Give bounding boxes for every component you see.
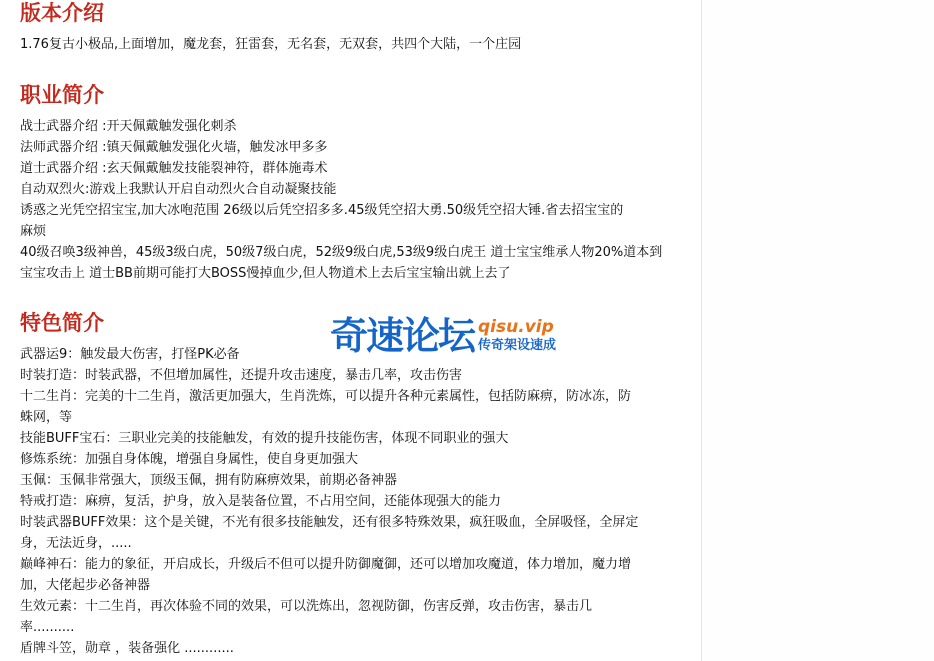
section-title-features: 特色简介 — [20, 310, 104, 336]
profession-line: 麻烦 — [20, 222, 690, 242]
version-line: 1.76复古小极品,上面增加，魔龙套，狂雷套，无名套，无双套，共四个大陆，一个庄… — [20, 35, 690, 55]
section-title-version: 版本介绍 — [20, 0, 104, 26]
feature-line: 特戒打造：麻痹，复活，护身，放入是装备位置，不占用空间，还能体现强大的能力 — [20, 492, 690, 512]
feature-line: 率.......... — [20, 618, 690, 638]
profession-line: 40级召唤3级神兽，45级3级白虎，50级7级白虎，52级9级白虎,53级9级白… — [20, 243, 690, 263]
watermark-slogan: 传奇架设速成 — [478, 337, 556, 355]
article-content: 版本介绍 1.76复古小极品,上面增加，魔龙套，狂雷套，无名套，无双套，共四个大… — [0, 0, 700, 661]
feature-line: 巅峰神石：能力的象征，开启成长，升级后不但可以提升防御魔御，还可以增加攻魔道，体… — [20, 555, 690, 575]
feature-line: 生效元素：十二生肖，再次体验不同的效果，可以洗炼出，忽视防御，伤害反弹，攻击伤害… — [20, 597, 690, 617]
profession-line: 自动双烈火:游戏上我默认开启自动烈火合自动凝聚技能 — [20, 180, 690, 200]
right-blank-pane — [702, 0, 934, 661]
feature-line: 修炼系统：加强自身体魄，增强自身属性，使自身更加强大 — [20, 450, 690, 470]
watermark-main-text: 奇速论坛 — [330, 314, 474, 358]
watermark-side: qisu.vip 传奇架设速成 — [478, 317, 556, 355]
feature-line: 身，无法近身，..... — [20, 534, 690, 554]
feature-line: 技能BUFF宝石：三职业完美的技能触发，有效的提升技能伤害，体现不同职业的强大 — [20, 429, 690, 449]
profession-line: 法师武器介绍 :镇天佩戴触发强化火墙，触发冰甲多多 — [20, 138, 690, 158]
watermark-logo: 奇速论坛 qisu.vip 传奇架设速成 — [330, 311, 610, 361]
watermark-url: qisu.vip — [478, 317, 556, 337]
profession-line: 宝宝攻击上 道士BB前期可能打大BOSS慢掉血少,但人物道术上去后宝宝输出就上去… — [20, 264, 690, 284]
profession-line: 战士武器介绍 :开天佩戴触发强化刺杀 — [20, 117, 690, 137]
profession-line: 诱惑之光凭空招宝宝,加大冰咆范围 26级以后凭空招多多.45级凭空招大勇.50级… — [20, 201, 690, 221]
feature-line: 蛛网，等 — [20, 408, 690, 428]
feature-line: 十二生肖：完美的十二生肖，激活更加强大，生肖洗炼，可以提升各种元素属性，包括防麻… — [20, 387, 690, 407]
feature-line: 加，大佬起步必备神器 — [20, 576, 690, 596]
feature-line: 盾牌斗笠，勋章 ，装备强化 ............ — [20, 639, 690, 659]
profession-line: 道士武器介绍 :玄天佩戴触发技能裂神符，群体施毒术 — [20, 159, 690, 179]
feature-line: 玉佩：玉佩非常强大，顶级玉佩，拥有防麻痹效果，前期必备神器 — [20, 471, 690, 491]
feature-line: 时装武器BUFF效果：这个是关键，不光有很多技能触发，还有很多特殊效果，疯狂吸血… — [20, 513, 690, 533]
section-title-profession: 职业简介 — [20, 82, 104, 108]
feature-line: 时装打造：时装武器，不但增加属性，还提升攻击速度，暴击几率，攻击伤害 — [20, 366, 690, 386]
